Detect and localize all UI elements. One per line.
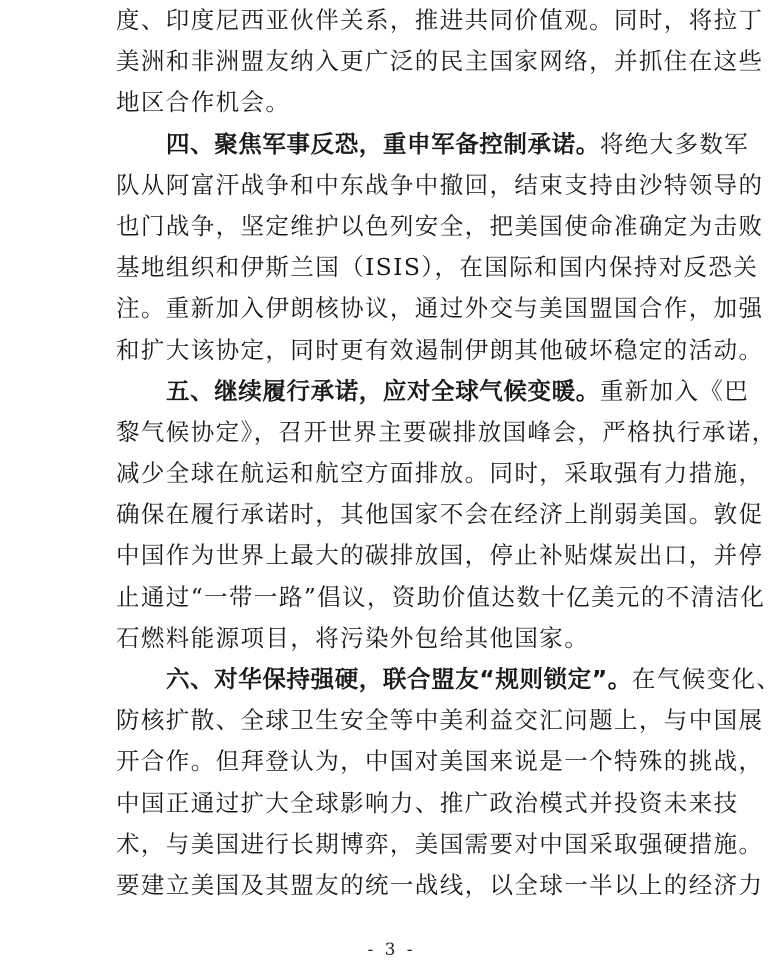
paragraph-line: 术，与美国进行长期博弈，美国需要对中国采取强硬措施。	[116, 824, 668, 865]
paragraph-line: 队从阿富汗战争和中东战争中撤回，结束支持由沙特领导的	[116, 165, 668, 206]
paragraph-line: 中国正通过扩大全球影响力、推广政治模式并投资未来技	[116, 783, 668, 824]
paragraph-line: 要建立美国及其盟友的统一战线，以全球一半以上的经济力	[116, 865, 668, 906]
section-4-heading-line: 四、聚焦军事反恐，重申军备控制承诺。将绝大多数军	[116, 124, 668, 165]
paragraph-line: 防核扩散、全球卫生安全等中美利益交汇问题上，与中国展	[116, 700, 668, 741]
section-6-heading-line: 六、对华保持强硬，联合盟友“规则锁定”。在气候变化、	[116, 659, 668, 700]
paragraph-line: 基地组织和伊斯兰国（ISIS），在国际和国内保持对反恐关	[116, 247, 668, 288]
paragraph-line: 石燃料能源项目，将污染外包给其他国家。	[116, 618, 668, 659]
paragraph-line: 开合作。但拜登认为，中国对美国来说是一个特殊的挑战，	[116, 741, 668, 782]
page-number: - 3 -	[0, 940, 783, 960]
paragraph-text: 将绝大多数军	[600, 130, 749, 158]
paragraph-line: 止通过“一带一路”倡议，资助价值达数十亿美元的不清洁化	[116, 577, 668, 618]
section-heading: 四、聚焦军事反恐，重申军备控制承诺。	[166, 130, 600, 158]
paragraph-line: 注。重新加入伊朗核协议，通过外交与美国盟国合作，加强	[116, 288, 668, 329]
section-5-heading-line: 五、继续履行承诺，应对全球气候变暖。重新加入《巴	[116, 371, 668, 412]
paragraph-line: 中国作为世界上最大的碳排放国，停止补贴煤炭出口，并停	[116, 535, 668, 576]
document-page: 度、印度尼西亚伙伴关系，推进共同价值观。同时，将拉丁 美洲和非洲盟友纳入更广泛的…	[116, 0, 668, 906]
paragraph-text: 在气候变化、	[632, 665, 781, 693]
paragraph-line: 地区合作机会。	[116, 82, 668, 123]
paragraph-line: 黎气候协定》，召开世界主要碳排放国峰会，严格执行承诺，	[116, 412, 668, 453]
section-heading: 六、对华保持强硬，联合盟友“规则锁定”。	[166, 665, 632, 693]
paragraph-line: 美洲和非洲盟友纳入更广泛的民主国家网络，并抓住在这些	[116, 41, 668, 82]
section-heading: 五、继续履行承诺，应对全球气候变暖。	[166, 377, 600, 405]
paragraph-line: 和扩大该协定，同时更有效遏制伊朗其他破坏稳定的活动。	[116, 330, 668, 371]
paragraph-line: 确保在履行承诺时，其他国家不会在经济上削弱美国。敦促	[116, 494, 668, 535]
paragraph-line: 也门战争，坚定维护以色列安全，把美国使命准确定为击败	[116, 206, 668, 247]
paragraph-text: 重新加入《巴	[600, 377, 749, 405]
paragraph-line: 度、印度尼西亚伙伴关系，推进共同价值观。同时，将拉丁	[116, 0, 668, 41]
paragraph-line: 减少全球在航运和航空方面排放。同时，采取强有力措施，	[116, 453, 668, 494]
